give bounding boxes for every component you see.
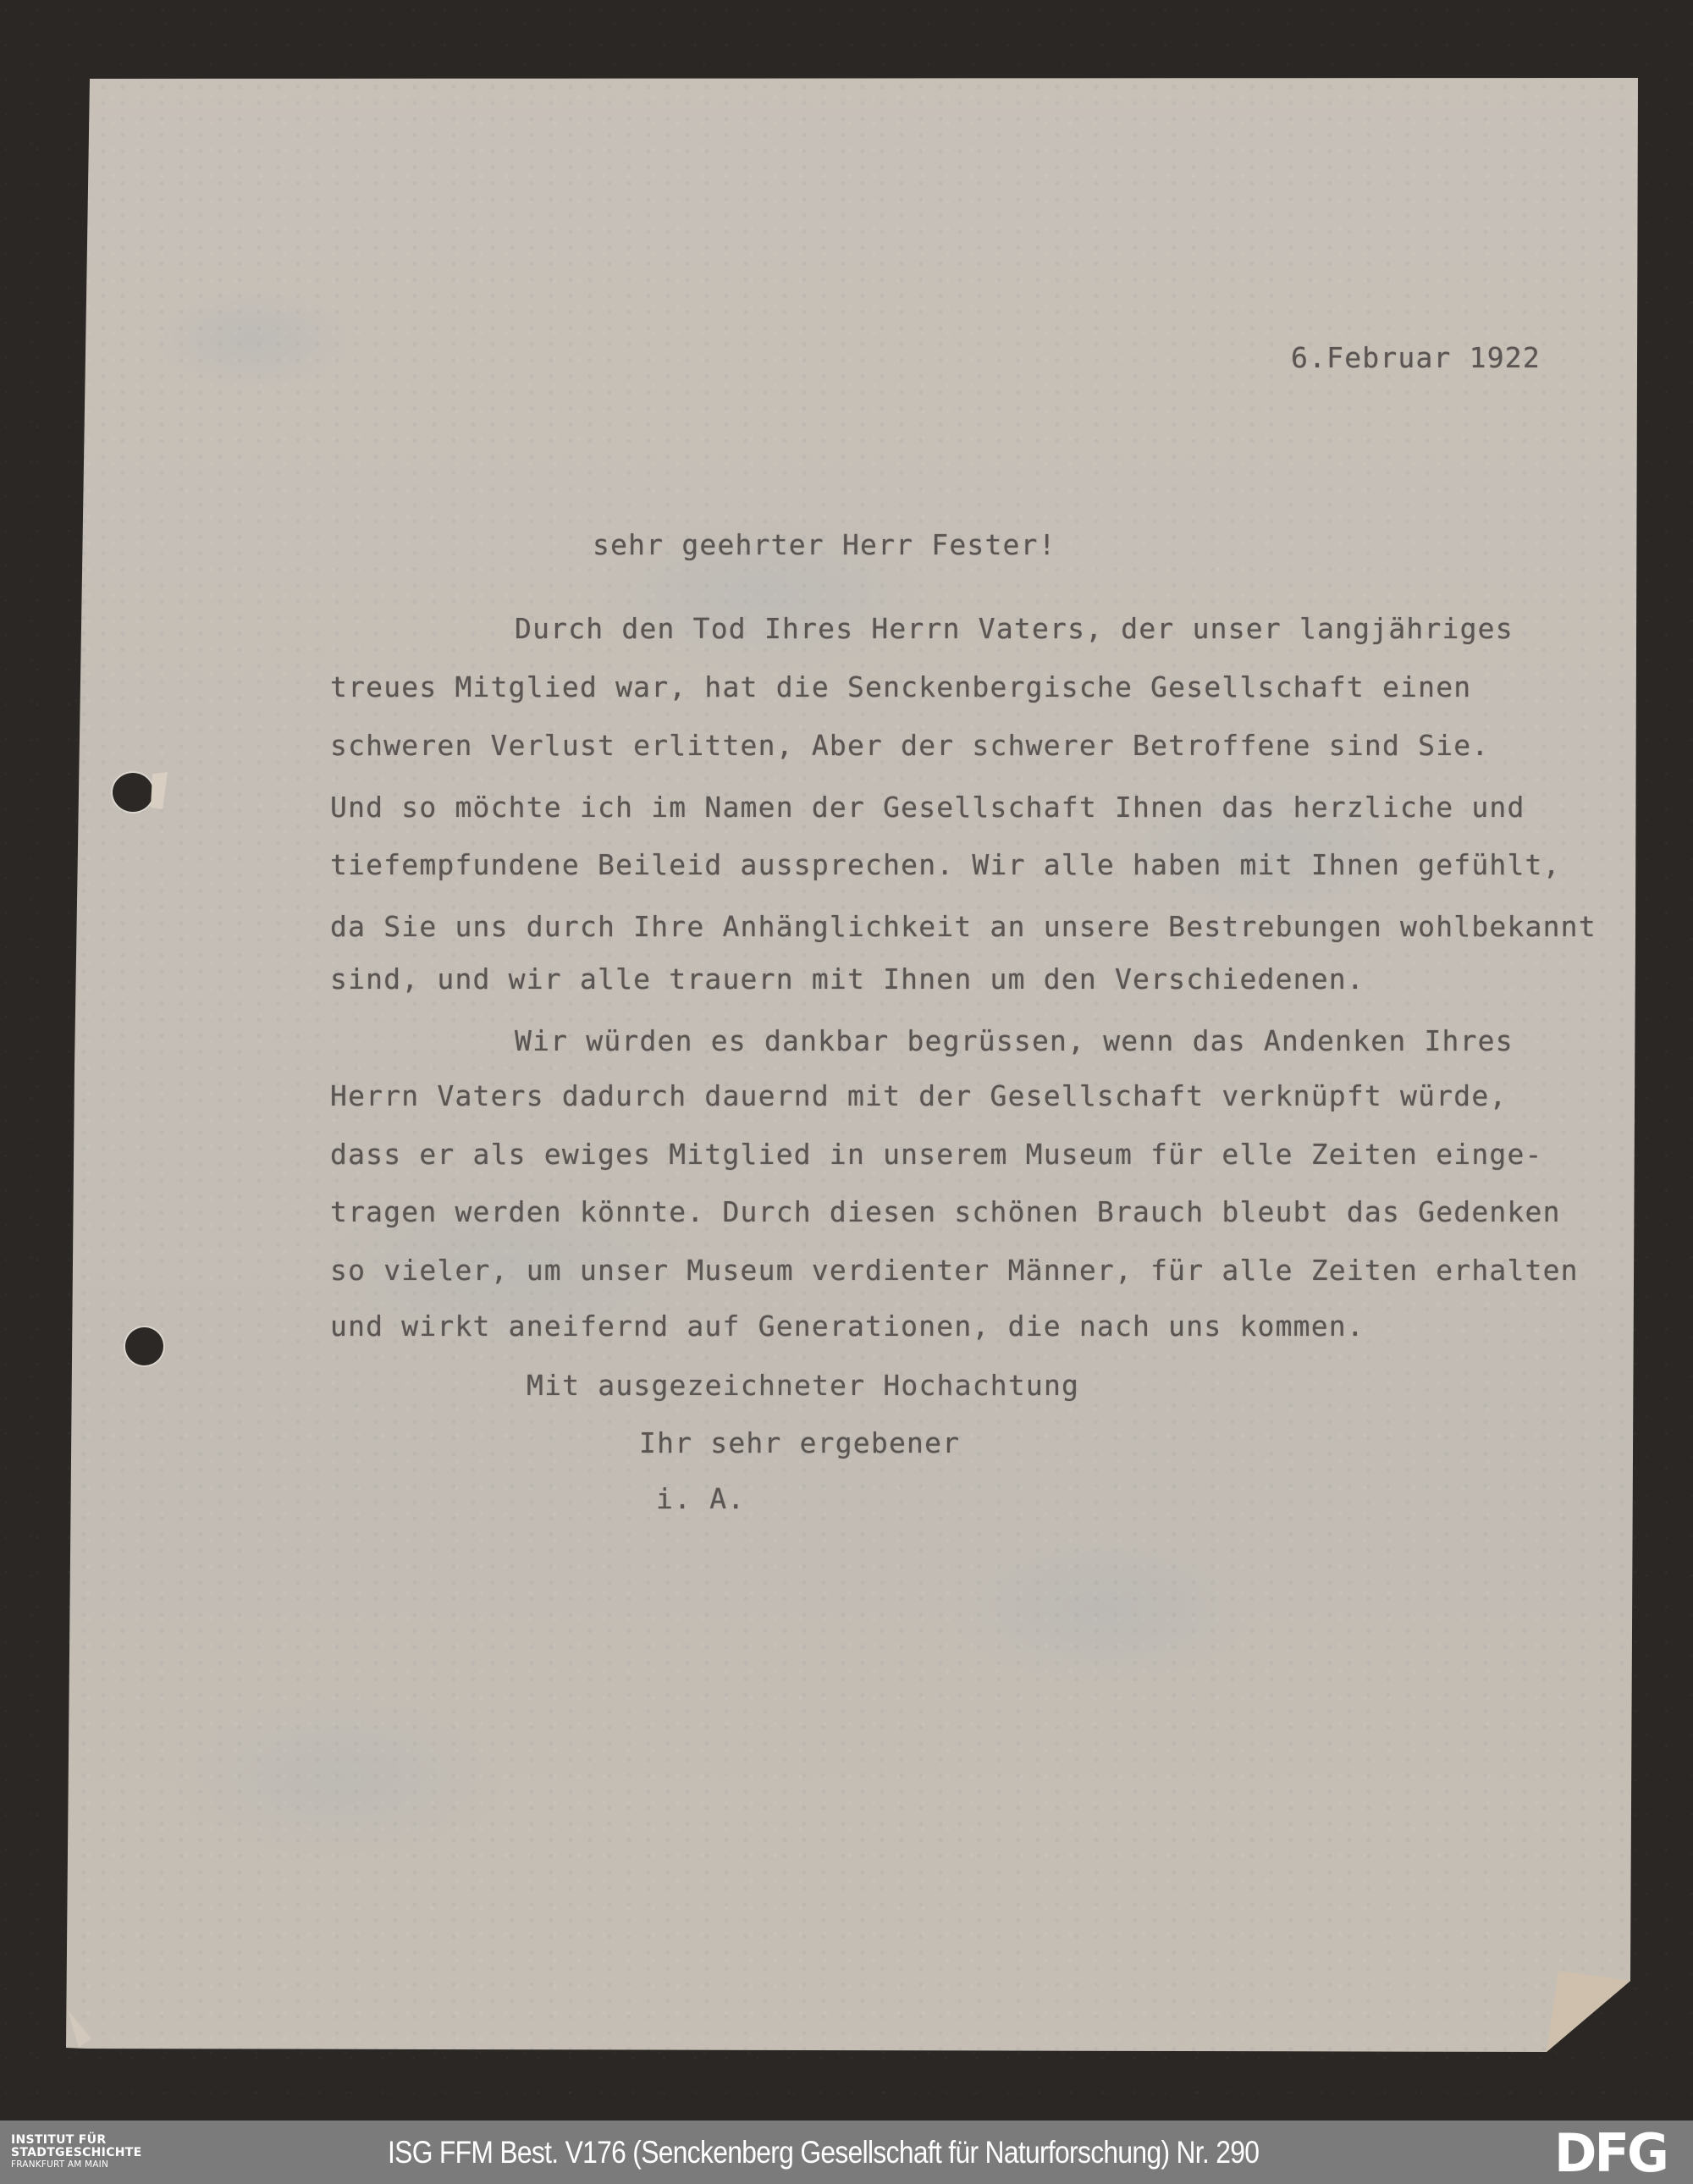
closing-line-2: Ihr sehr ergebener <box>639 1429 960 1457</box>
isg-institution-logo: INSTITUT FÜR STADTGESCHICHTE FRANKFURT A… <box>11 2134 142 2170</box>
paragraph-2-line-4: tragen werden könnte. Durch diesen schön… <box>330 1198 1561 1226</box>
paragraph-2-line-5: so vieler, um unser Museum verdienter Mä… <box>330 1256 1579 1284</box>
paragraph-1-line-6: da Sie uns durch Ihre Anhänglichkeit an … <box>330 913 1596 940</box>
paragraph-2-line-2: Herrn Vaters dadurch dauernd mit der Ges… <box>330 1082 1507 1110</box>
isg-logo-line-1: INSTITUT FÜR <box>11 2134 142 2146</box>
dfg-logo: DFG <box>1554 2127 1667 2180</box>
paragraph-1-line-3: schweren Verlust erlitten, Aber der schw… <box>330 731 1489 759</box>
closing-line-1: Mit ausgezeichneter Hochachtung <box>527 1371 1079 1399</box>
archive-footer-bar: INSTITUT FÜR STADTGESCHICHTE FRANKFURT A… <box>0 2121 1693 2184</box>
paragraph-1-line-2: treues Mitglied war, hat die Senckenberg… <box>330 673 1471 701</box>
paragraph-1-line-1: Durch den Tod Ihres Herrn Vaters, der un… <box>515 615 1514 643</box>
isg-logo-line-3: FRANKFURT AM MAIN <box>11 2160 142 2170</box>
paragraph-1-line-4: Und so möchte ich im Namen der Gesellsch… <box>330 793 1525 821</box>
archive-citation: ISG FFM Best. V176 (Senckenberg Gesellsc… <box>388 2135 1259 2170</box>
paragraph-1-line-7: sind, und wir alle trauern mit Ihnen um … <box>330 965 1365 993</box>
punch-hole-upper <box>113 773 153 812</box>
letter-paper <box>0 0 1693 2121</box>
paragraph-2-line-3: dass er als ewiges Mitglied in unserem M… <box>330 1140 1543 1168</box>
paragraph-2-line-1: Wir würden es dankbar begrüssen, wenn da… <box>515 1027 1514 1055</box>
closing-line-3: i. A. <box>656 1485 745 1513</box>
isg-logo-line-2: STADTGESCHICHTE <box>11 2147 142 2159</box>
punch-hole-lower <box>125 1327 163 1365</box>
paragraph-2-line-6: und wirkt aneifernd auf Generationen, di… <box>330 1312 1365 1340</box>
letter-salutation: sehr geehrter Herr Fester! <box>593 531 1056 559</box>
letter-date: 6.Februar 1922 <box>1291 344 1541 372</box>
paragraph-1-line-5: tiefempfundene Beileid aussprechen. Wir … <box>330 851 1561 879</box>
